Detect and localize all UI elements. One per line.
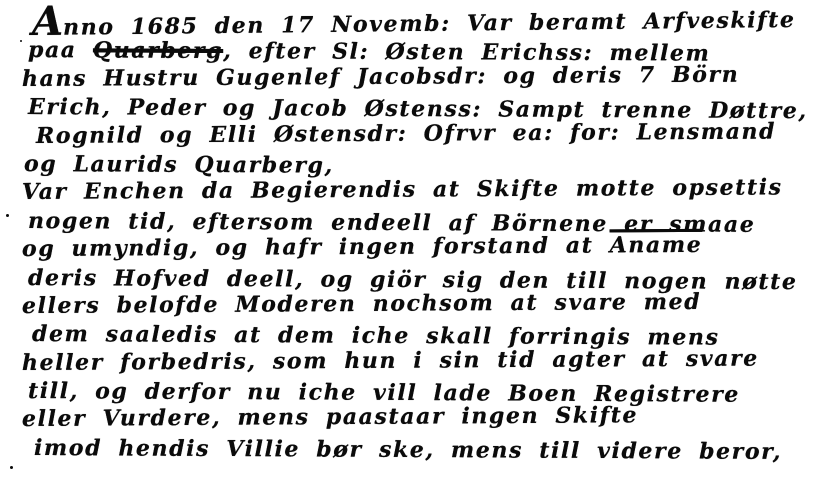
line-text: hans Hustru Gugenlef Jacobsdr: og deris … <box>22 61 739 91</box>
line-text: og Laurids Quarberg, <box>24 151 334 179</box>
manuscript-line: imod hendis Villie bør ske, mens till vi… <box>34 434 800 466</box>
manuscript-line: Var Enchen da Begierendis at Skifte mott… <box>22 174 800 207</box>
line-text: imod hendis Villie bør ske, mens till vi… <box>34 435 782 465</box>
manuscript-line: heller forbedris, som hun i sin tid agte… <box>22 344 800 377</box>
ink-speck <box>6 214 9 217</box>
line-text: heller forbedris, som hun i sin tid agte… <box>22 345 759 376</box>
line-text: ellers belofde Moderen nochsom at svare … <box>22 289 701 319</box>
manuscript-line: eller Vurdere, mens paastaar ingen Skift… <box>22 401 800 434</box>
manuscript-line: ellers belofde Moderen nochsom at svare … <box>22 287 800 320</box>
line-text: paa <box>28 37 93 63</box>
manuscript-line: Anno 1685 den 17 Novemb: Var beramt Arfv… <box>32 0 800 36</box>
overlined-word: Aname <box>610 232 703 259</box>
struck-word: Quarberg <box>93 38 223 65</box>
line-text: Rognild og Elli Østensdr: Ofrvr ea: for:… <box>36 118 776 149</box>
manuscript-text-block: Anno 1685 den 17 Novemb: Var beramt Arfv… <box>22 8 800 462</box>
line-text: og umyndig, og hafr ingen forstand at <box>22 233 610 263</box>
ink-speck <box>10 466 13 469</box>
manuscript-page: Anno 1685 den 17 Novemb: Var beramt Arfv… <box>0 0 826 494</box>
line-text: eller Vurdere, mens paastaar ingen Skift… <box>22 403 638 433</box>
manuscript-line: og umyndig, og hafr ingen forstand at An… <box>22 230 800 263</box>
manuscript-line: hans Hustru Gugenlef Jacobsdr: og deris … <box>22 60 800 93</box>
line-text: Var Enchen da Begierendis at Skifte mott… <box>22 175 783 206</box>
manuscript-line: Rognild og Elli Østensdr: Ofrvr ea: for:… <box>36 117 800 150</box>
ink-speck <box>20 40 22 42</box>
